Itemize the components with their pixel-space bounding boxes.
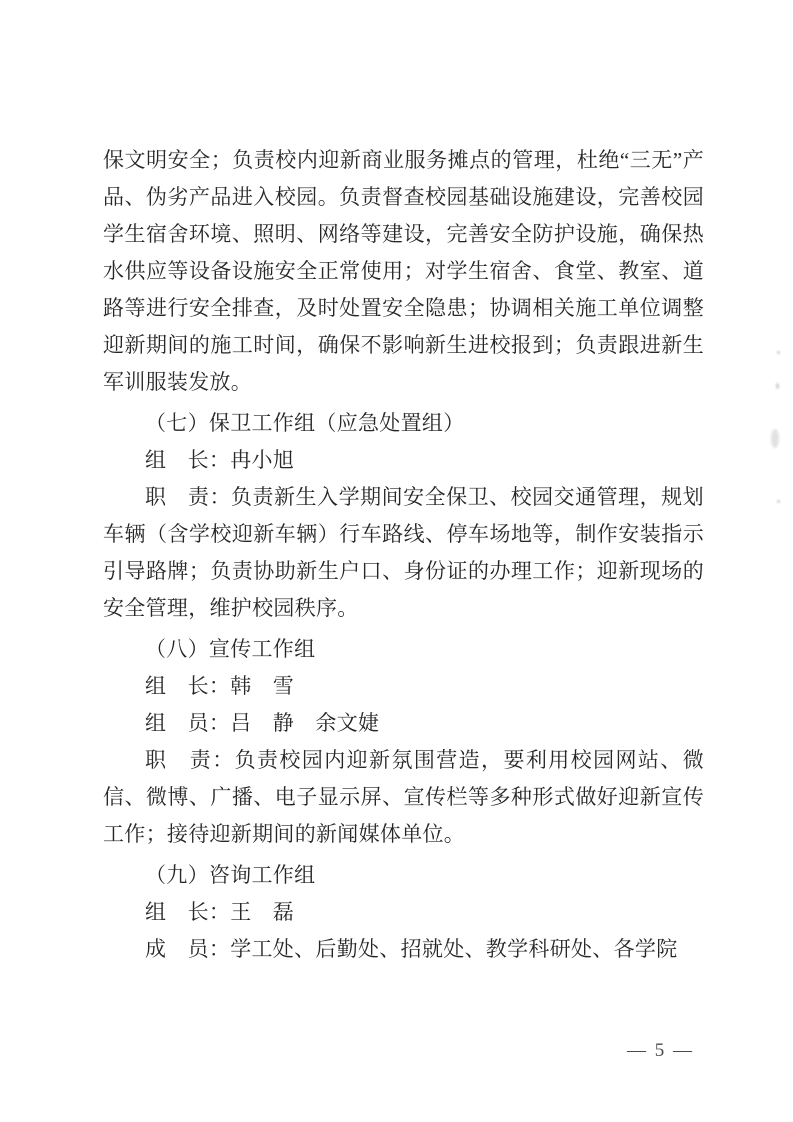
section-heading: （七）保卫工作组（应急处置组） bbox=[103, 405, 704, 442]
scanned-document-page: 保文明安全；负责校内迎新商业服务摊点的管理，杜绝“三无”产品、伪劣产品进入校园。… bbox=[0, 0, 793, 1122]
scan-artifact bbox=[777, 500, 780, 503]
paragraph: 职 责：负责校园内迎新氛围营造，要利用校园网站、微信、微博、广播、电子显示屏、宣… bbox=[103, 742, 704, 853]
section-heading: （九）咨询工作组 bbox=[103, 857, 704, 894]
page-number: — 5 — bbox=[627, 1040, 694, 1062]
scan-artifact bbox=[776, 383, 779, 389]
paragraph: 组 长：王 磊 bbox=[103, 894, 704, 931]
paragraph: 组 长：韩 雪 bbox=[103, 668, 704, 705]
paragraph: 组 长：冉小旭 bbox=[103, 442, 704, 479]
paragraph: 保文明安全；负责校内迎新商业服务摊点的管理，杜绝“三无”产品、伪劣产品进入校园。… bbox=[103, 142, 704, 401]
scan-artifact bbox=[771, 429, 779, 448]
scan-artifact bbox=[777, 351, 780, 354]
paragraph: 组 员：吕 静 余文婕 bbox=[103, 705, 704, 742]
document-body: 保文明安全；负责校内迎新商业服务摊点的管理，杜绝“三无”产品、伪劣产品进入校园。… bbox=[103, 142, 704, 968]
paragraph: 成 员：学工处、后勤处、招就处、教学科研处、各学院 bbox=[103, 931, 704, 968]
paragraph: 职 责：负责新生入学期间安全保卫、校园交通管理，规划车辆（含学校迎新车辆）行车路… bbox=[103, 479, 704, 627]
section-heading: （八）宣传工作组 bbox=[103, 631, 704, 668]
